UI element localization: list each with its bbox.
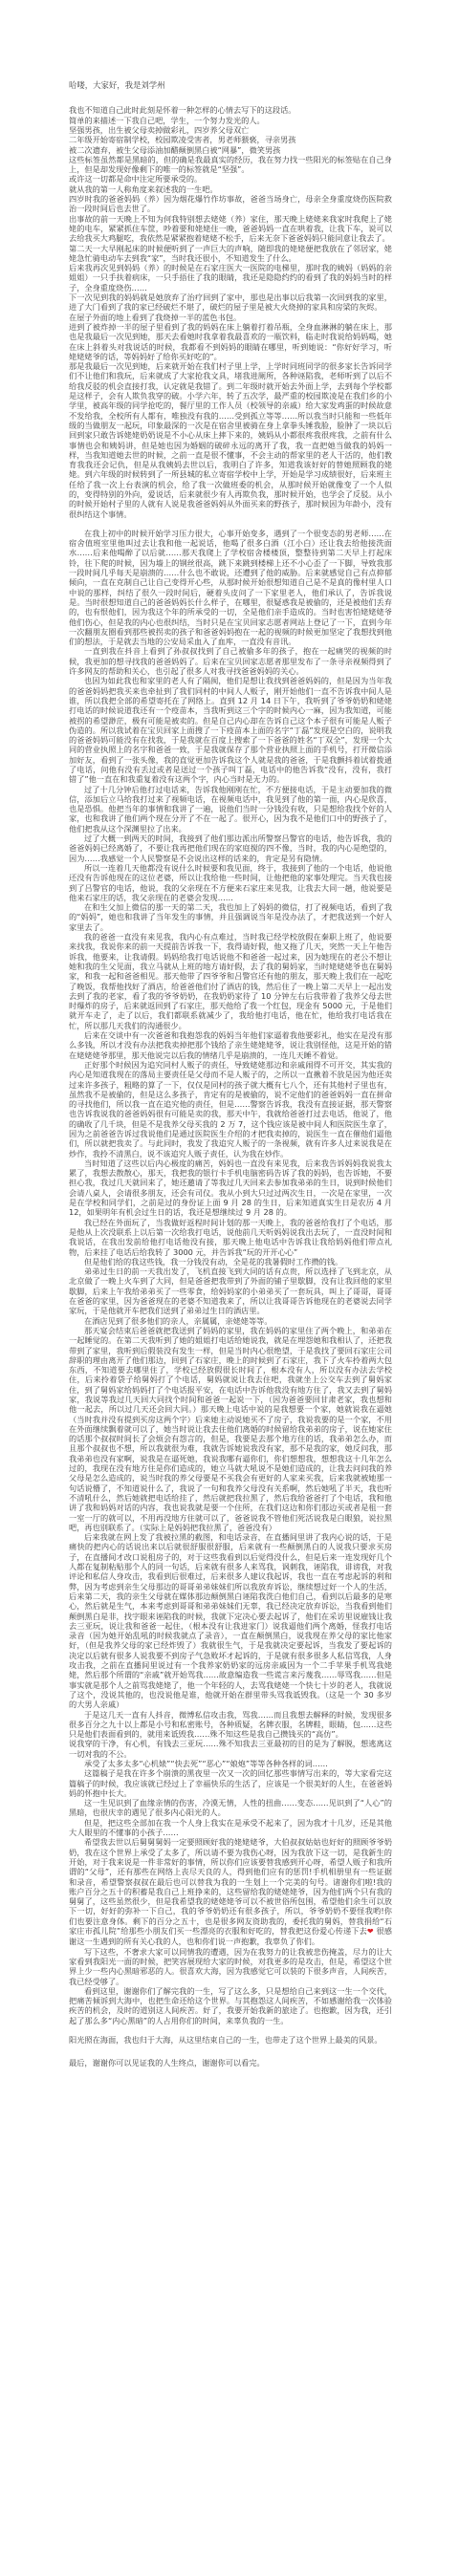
story-paragraph: 我的爸爸一直没有来见我，我内心有点难过，当时我已经学校放假在秦职上班了，他说要来… — [69, 932, 392, 1030]
intro-line: 坚强男孩，出生被父母卖掉做彩礼，四岁养父母双亡 — [69, 125, 392, 135]
intro-line: 或许这一切都是命中注定所要承受的。 — [69, 174, 392, 184]
intro-paragraph: 那是我最后一次见到她，后来就开始在我们村子里上学，上学时同班同学的很多家长告诉同… — [69, 361, 392, 519]
intro-paragraph: 第二天一大早刚起床的时候便听到了一声巨大的声响，随即我的姥姥便把我放在了邻居家，… — [69, 244, 392, 264]
story-paragraph: 说我穿的干净，有心机，有钱去三亚玩……殊不知我去三亚最初的目的是为了解脱，想逃离… — [69, 1739, 392, 1759]
story-paragraph: 过了大概一到两天的时间，我接到了他们那边派出所警察吕警官的电话，他告诉我，我的爸… — [69, 833, 392, 863]
story-paragraph: 后来我就在网上发了我被拉黑的截图，和电话录音，在直播间里讲了我内心说的话，于是痛… — [69, 1532, 392, 1709]
greeting-line: 哈喽，大家好，我是刘学州 — [69, 80, 392, 90]
intro-paragraph: 进到了被炸掉一半的屋子里看到了我的妈妈在床上躺着打着吊瓶，全身血淋淋的躺在床上，… — [69, 322, 392, 361]
story-paragraph: 当时知道了这些以后内心极度的痛苦，妈妈也一直没有来见我，后来我告诉妈妈我说我太累… — [69, 1158, 392, 1218]
intro-line: 简单的来描述一下我自己吧，学生，一个努力发光的人。 — [69, 116, 392, 125]
story-paragraph: 过了十几分钟后他打过电话来，告诉我他刚刚在忙，不方便接电话，于是主动要加我的微信… — [69, 785, 392, 833]
intro-line: 被二次遗弃，被生父母添油加醋颠倒黑白被“网暴”，微笑男孩 — [69, 145, 392, 155]
story-paragraph: 看到这里，谢谢你们了解完我的一生，写了这么多，只是想给自己来到这一生一个交代，把… — [69, 1986, 392, 2025]
intro-line: 二年级开始寄宿制学校，校园欺凌受害者，男老师猥亵，寻亲男孩 — [69, 135, 392, 144]
story-paragraph: 希望我去世以后舅舅舅妈一定要照顾好我的姥姥姥爷，大伯叔叔姑姑也好好的照顾爷爷奶奶… — [69, 1837, 392, 1946]
will-text: 希望我去世以后舅舅舅妈一定要照顾好我的姥姥姥爷，大伯叔叔姑姑也好好的照顾爷爷奶奶… — [69, 1837, 392, 1936]
closing-section: 阳光照在海面，我也归于大海，从这里结束自己的一生，也带走了这个世界上最美的风景。… — [69, 2035, 392, 2068]
intro-paragraph: 在屋子外面的地上看到了我烧掉一半的蓝色书包。 — [69, 313, 392, 322]
story-paragraph: 但是他们给的我这些钱，我一分钱没有动，全是花的我暑假时工作攒的钱。 — [69, 1257, 392, 1266]
intro-paragraph: 四岁时我的爸爸妈妈（养）因为烟花爆竹作坊事故，爸爸当场身亡，母亲全身重度烧伤医院… — [69, 194, 392, 214]
story-paragraph: 正好那个时候因为追究同村人贩子的责任，导致姥姥那边和亲戚闹得不可开交，其实我的内… — [69, 1060, 392, 1158]
story-paragraph: 也因为如此我也和家里的老人有了隔阂，他们是想让我找到爸爸妈妈的，但是因为当年我的… — [69, 676, 392, 784]
story-paragraph: 在我上初中的时候开始学习压力很大，心事开始变多，遇到了一个很变态的男老师……在宿… — [69, 529, 392, 647]
story-paragraph: 我已经在外面玩了，当我做好返程时间计划的那一天晚上，我的爸爸给我打了个电话，那是… — [69, 1218, 392, 1257]
letter-document: 哈喽，大家好，我是刘学州 我也不知道自己此时此刻是怀着一种怎样的心情去写下的这段… — [69, 80, 392, 2082]
intro-paragraph: 出事故的前一天晚上不知为何我特别想去姥姥（养）家住，那天晚上姥姥来我家时我爬上了… — [69, 214, 392, 244]
intro-line: 我也不知道自己此时此刻是怀着一种怎样的心情去写下的这段话。 — [69, 105, 392, 115]
story-paragraph: 承受了太多太多“心机婊”“快去死”“恶心”“娘炮”等等各种各样的词…… — [69, 1759, 392, 1768]
intro-line: 就从我的第一人称角度来叙述我的一生吧。 — [69, 184, 392, 194]
intro-section: 我也不知道自己此时此刻是怀着一种怎样的心情去写下的这段话。 简单的来描述一下我自… — [69, 105, 392, 518]
intro-paragraph: 后来我再次见到妈妈（养）的时候是在石家庄医大一医院的电梯里，那时我的姨妈（妈妈的… — [69, 263, 392, 292]
story-paragraph: 在酒店见到了很多他们的亲人，亲属属，亲姥姥等等。 — [69, 1316, 392, 1326]
story-section: 在我上初中的时候开始学习压力很大，心事开始变多，遇到了一个很变态的男老师……在宿… — [69, 529, 392, 2025]
story-paragraph: 一直到我在抖音上看到了孙叔叔找到了自己被偷多年的孩子，抱在一起痛哭的视频的时候，… — [69, 646, 392, 676]
heart-icon: ❤ — [367, 1927, 374, 1936]
intro-paragraph: 下一次见到我的妈妈就是她放弃了治疗回到了家中，那也是出事以后我第一次回到我的家里… — [69, 292, 392, 313]
story-paragraph: 但是，把这些全部加在我一个人身上我实在是承受不起来了，因为我才十几岁，还是其他大… — [69, 1818, 392, 1838]
story-paragraph: 写下这些，不奢求大家可以同情我的遭遇，因为在我努力的让我被悲伤掩盖，尽力的让大家… — [69, 1947, 392, 1986]
story-paragraph: 这一生见识到了血缘亲情的伤害，冷漠无情，人性的扭曲……变态……见识到了“人心”的… — [69, 1798, 392, 1818]
story-paragraph: 于是这几天一直有人抖音，微博私信攻击我，骂我……而且我想去解释的时候，发现很多很… — [69, 1710, 392, 1740]
story-paragraph: 后来在交谈中有一次爸爸和我抱怨我的妈妈当年他们家逼着我他要彩礼，他实在是没有那么… — [69, 1030, 392, 1060]
story-paragraph: 弟弟过生日的前一天我出发了，飞机直接飞到大同的话有点贵，所以选择了飞到北京，从北… — [69, 1266, 392, 1315]
story-paragraph: 那天宴会结束后爸爸就把我送到了妈妈的家里，我在妈妈的家里住了两个晚上，和弟弟在一… — [69, 1326, 392, 1532]
intro-line: 这些标签虽然都是黑暗的，但的确是我最真实的经历，我在努力找一些阳光的标签贴在自己… — [69, 155, 392, 175]
closing-line: 阳光照在海面，我也归于大海，从这里结束自己的一生，也带走了这个世界上最美的风景。 — [69, 2035, 392, 2045]
story-paragraph: 这篇稿子是我在许多个崩溃的黑夜里一次又一次的回忆那些事情写出来的，等大家看完这篇… — [69, 1768, 392, 1798]
closing-line: 最后，谢谢你可以见证我的人生终点，谢谢你可以看完。 — [69, 2058, 392, 2067]
story-paragraph: 在和生父加上微信的那一天的第二天，我也加上了妈妈的微信，打了视频电话，看到了我的… — [69, 902, 392, 932]
story-paragraph: 所以一连着几天他都没有说什么时候要和我见面，终于，我接到了他的一个电话，他说他还… — [69, 863, 392, 902]
